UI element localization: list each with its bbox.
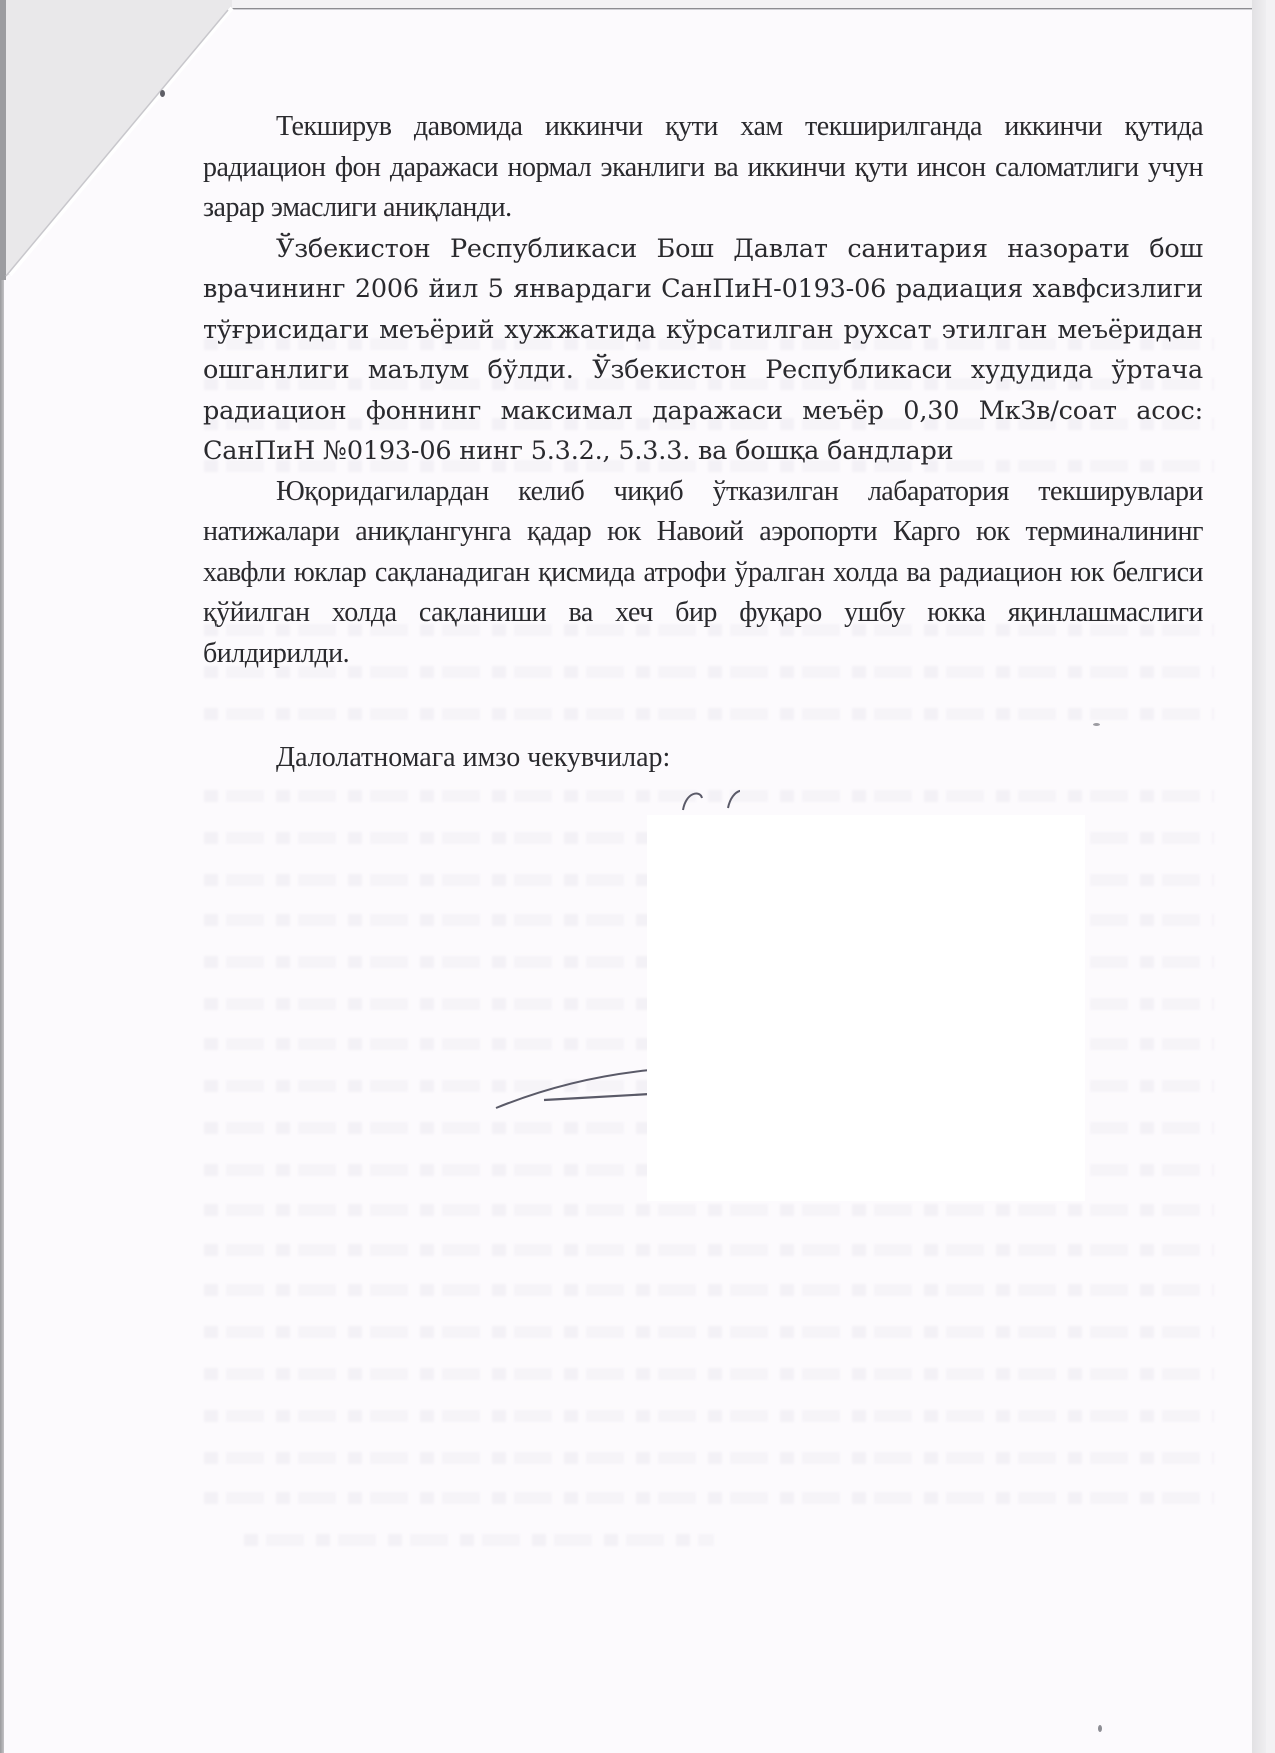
paragraph-regulation: Ўзбекистон Республикаси Бош Давлат санит… [203, 229, 1203, 472]
bleed-through [204, 1326, 1214, 1338]
bleed-through [204, 1204, 1214, 1216]
ink-speck [1093, 723, 1100, 726]
bleed-through [204, 1410, 1214, 1422]
scanned-page: Текширув давомида иккинчи қути хам текши… [0, 0, 1275, 1753]
ink-speck [1098, 1725, 1102, 1732]
bleed-through [204, 1368, 1214, 1380]
paragraph-decision: Юқоридагилардан келиб чиқиб ўтказилган л… [203, 472, 1203, 675]
bleed-through [244, 1534, 714, 1546]
bleed-through [204, 1452, 1214, 1464]
redaction-box [647, 815, 1085, 1201]
bleed-through [204, 1244, 1214, 1256]
paragraph-inspection-result: Текширув давомида иккинчи қути хам текши… [203, 107, 1203, 229]
scanner-edge-right [1252, 0, 1266, 1753]
bleed-through [204, 1492, 1214, 1504]
document-body: Текширув давомида иккинчи қути хам текши… [203, 107, 1203, 674]
bleed-through [204, 1284, 1214, 1296]
bleed-through [204, 708, 1214, 720]
signatories-label: Далолатномага имзо чекувчилар: [276, 742, 670, 774]
ink-speck [160, 90, 165, 97]
